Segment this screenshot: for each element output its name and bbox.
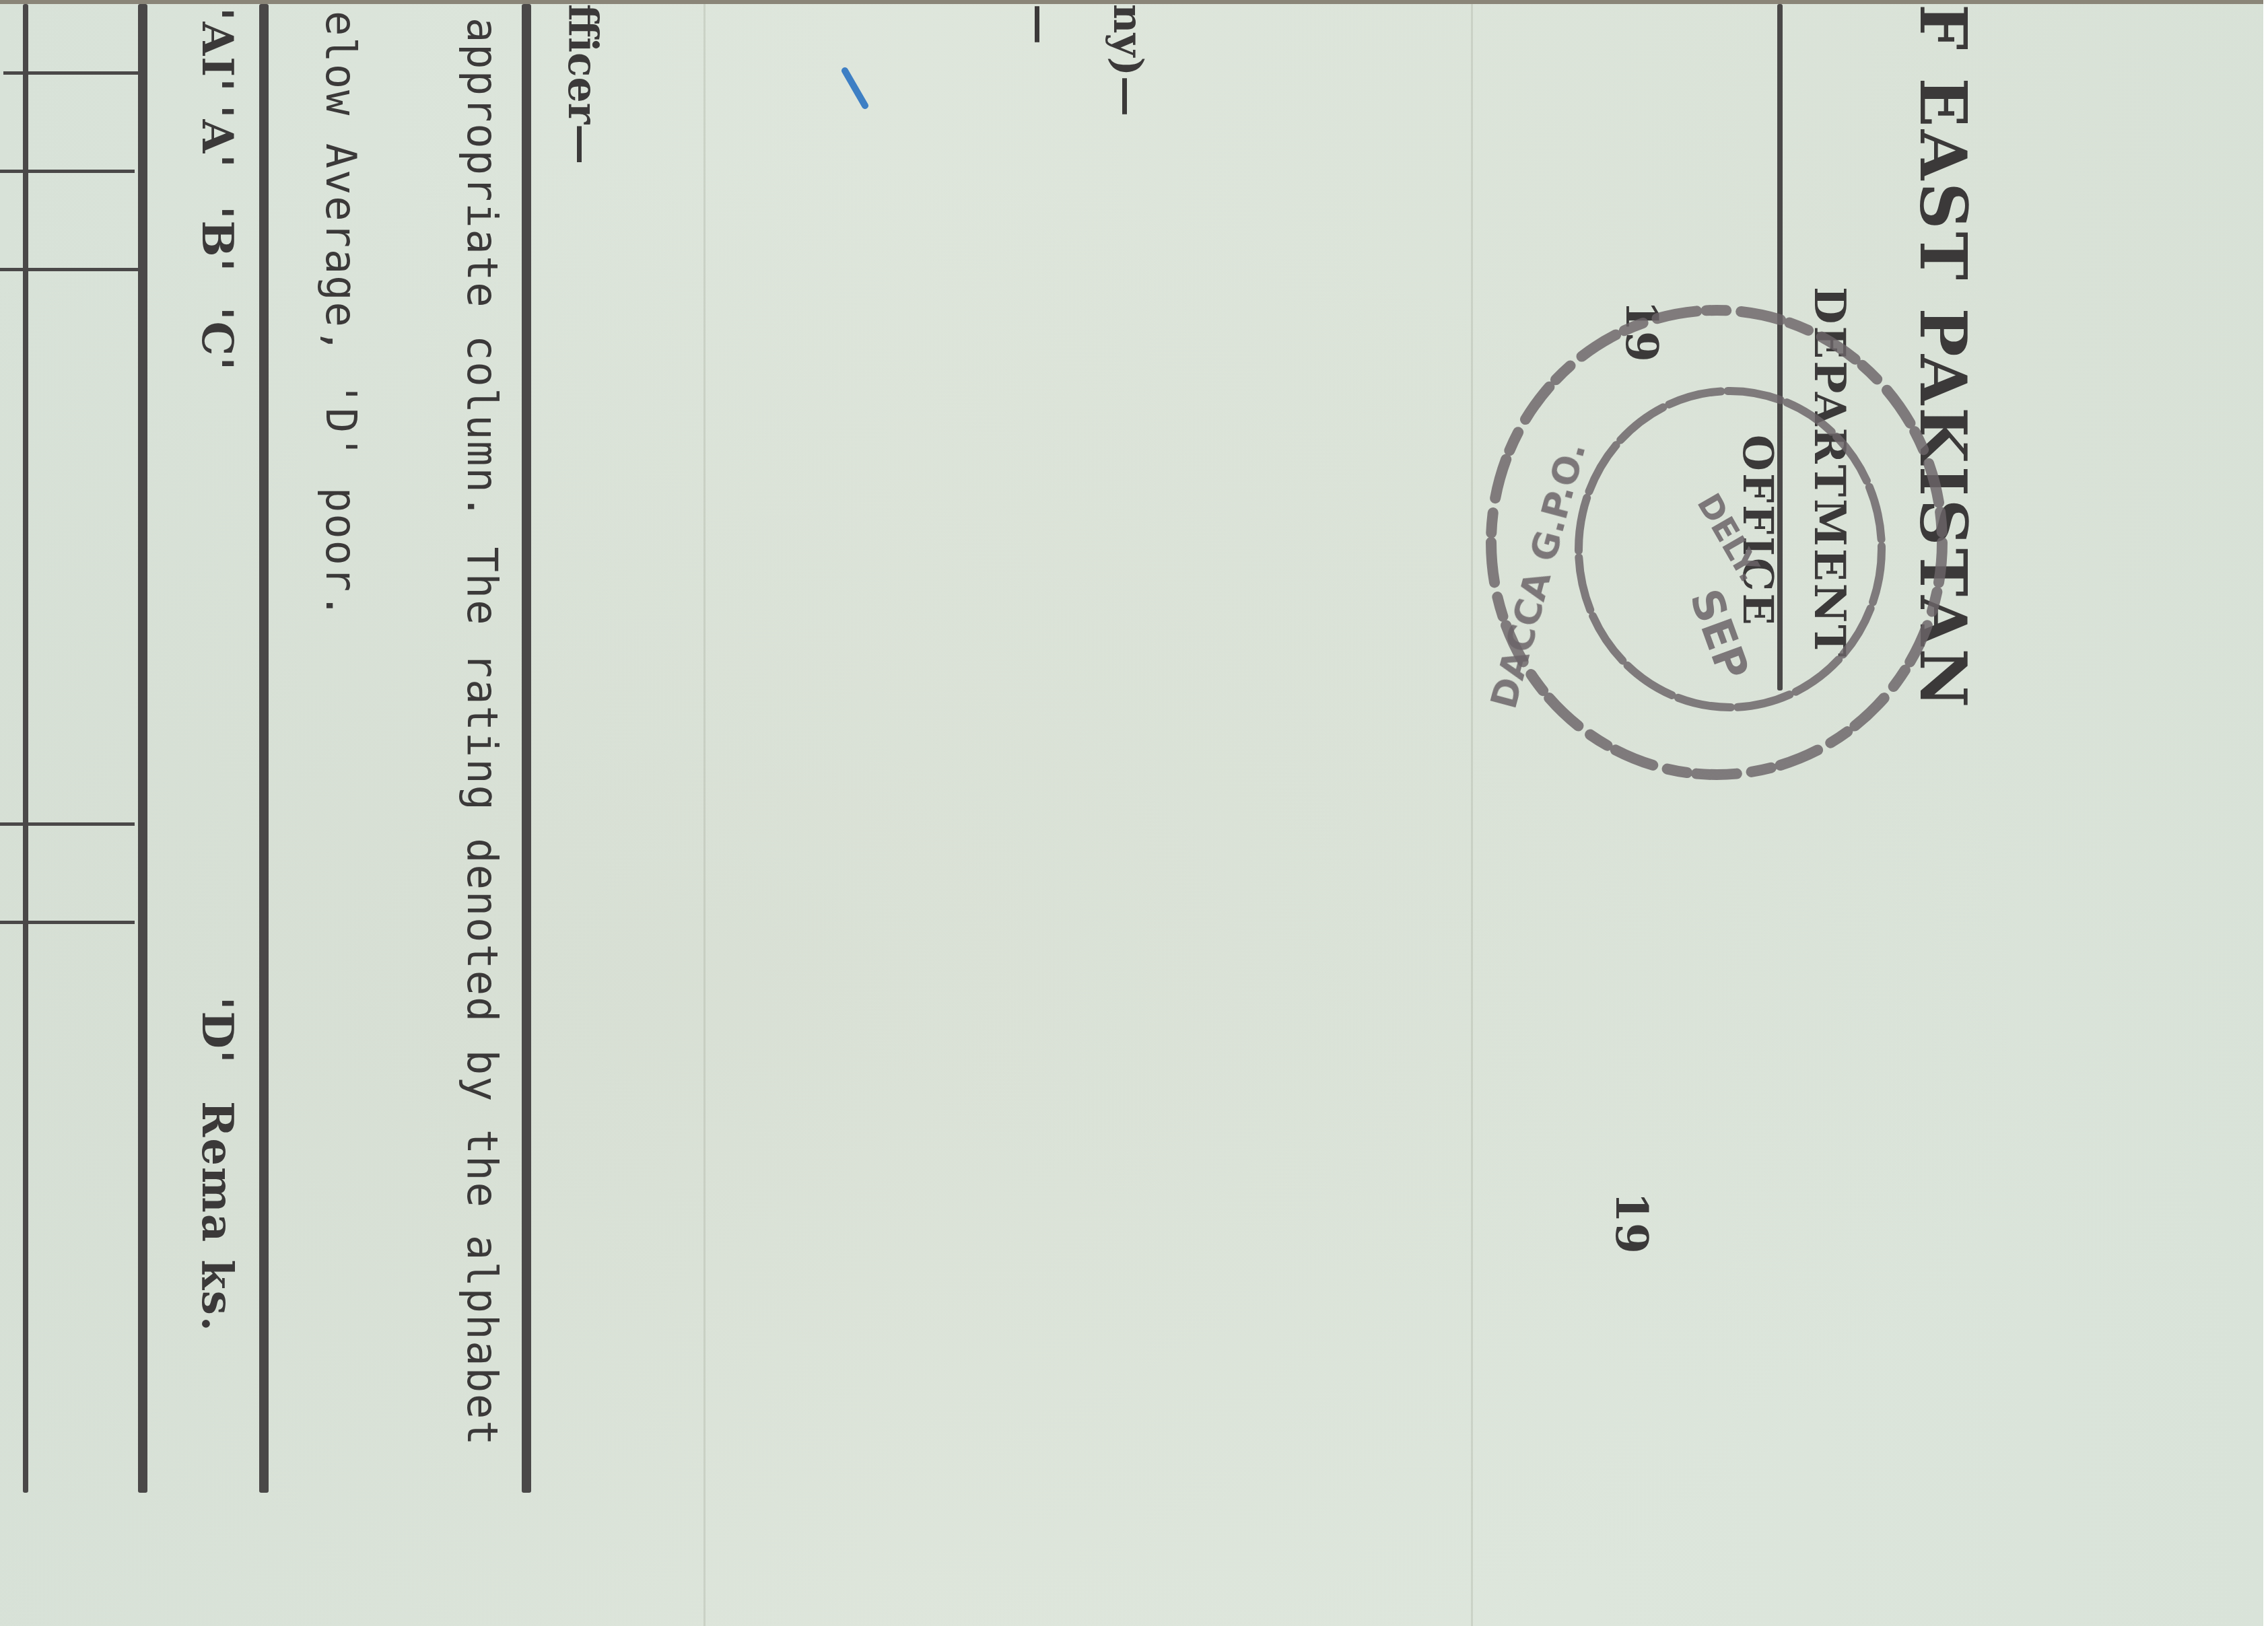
table-border-middle (259, 4, 269, 1493)
fold-line (703, 4, 706, 1626)
column-header-d: 'D' (192, 997, 242, 1065)
instruction-line-1: appropriate column. The rating denoted b… (458, 17, 507, 1447)
dash-fragment: — (1017, 4, 1064, 44)
ink-mark (840, 66, 870, 110)
postmark-month: SEP (1680, 583, 1758, 686)
officer-fragment: fficer— (559, 4, 606, 164)
cell-divider (0, 170, 135, 173)
instruction-line-2: elow Average, 'D' poor. (316, 11, 366, 620)
cell-divider (0, 921, 135, 924)
column-header-b: 'B' (192, 206, 242, 273)
year-prefix-lower: 19 (1606, 1192, 1658, 1254)
document-page: F EAST PAKISTAN DEPARTMENT OFFICE 19 19 … (0, 0, 2263, 1626)
column-header-remarks: Rema ks. (192, 1101, 242, 1333)
table-border-inner (138, 4, 147, 1493)
column-header-a: 'A' (192, 105, 242, 169)
postmark-stamp: DELY. SEP DACCA G.P.O. (1474, 280, 1959, 791)
column-header-c: 'C' (192, 307, 242, 372)
fold-line (1471, 4, 1473, 1626)
column-header-a1: 'AI' (192, 7, 242, 93)
cell-divider (0, 268, 138, 271)
postmark-inner-text: DELY. (1690, 487, 1770, 588)
table-border-right (522, 4, 531, 1493)
cell-divider (0, 822, 135, 826)
cell-divider (3, 71, 138, 75)
company-fragment: ny)— (1104, 4, 1151, 116)
cell-divider-vertical (23, 4, 28, 1493)
